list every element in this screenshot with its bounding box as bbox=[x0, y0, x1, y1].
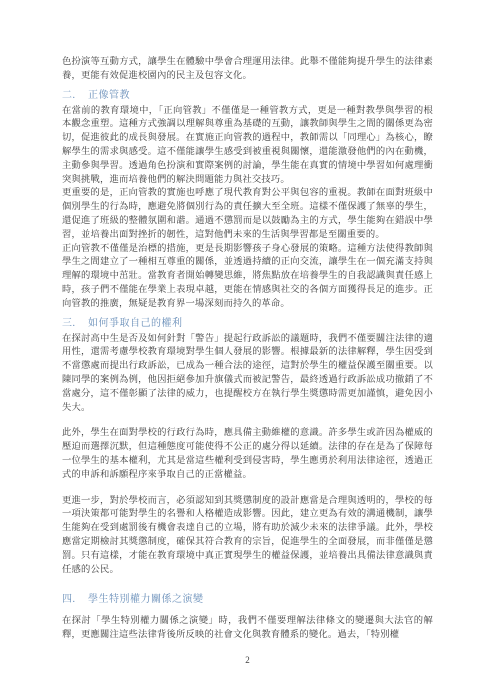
section-title: 如何爭取自己的權利 bbox=[88, 318, 183, 329]
section-heading-4: 四.學生特別權力關係之演變 bbox=[62, 593, 433, 606]
paragraph-intro-continuation: 色扮演等互動方式，讓學生在體驗中學會合理運用法律。此舉不僅能夠提升學生的法律素養… bbox=[62, 56, 433, 84]
section-number: 二. bbox=[62, 89, 88, 102]
section-title: 學生特別權力關係之演變 bbox=[88, 594, 204, 605]
section-number: 四. bbox=[62, 593, 88, 606]
paragraph: 更進一步，對於學校而言，必須認知到其獎懲制度的設計應當是合理與透明的，學校的每一… bbox=[62, 495, 433, 578]
paragraph: 在探討高中生是否及如何針對「警告」提起行政訴訟的議題時，我們不僅要關注法律的適用… bbox=[62, 333, 433, 416]
section-heading-2: 二.正像管教 bbox=[62, 89, 433, 102]
page-number: 2 bbox=[62, 655, 433, 665]
paragraph: 更重要的是，正向管教的實施也呼應了現代教育對公平與包容的重視。教師在面對班級中個… bbox=[62, 187, 433, 242]
paragraph: 正向管教不僅僅是治標的措施，更是長期影響孩子身心發展的策略。這種方法使得教師與學… bbox=[62, 243, 433, 312]
section-number: 三. bbox=[62, 317, 88, 330]
paragraph: 此外，學生在面對學校的行政行為時，應具備主動維權的意識。許多學生或許因為權威的壓… bbox=[62, 427, 433, 482]
document-page: 色扮演等互動方式，讓學生在體驗中學會合理運用法律。此舉不僅能夠提升學生的法律素養… bbox=[0, 0, 495, 700]
section-title: 正像管教 bbox=[88, 90, 130, 101]
paragraph: 在當前的教育環境中，「正向管教」不僅僅是一種管教方式，更是一種對教學與學習的根本… bbox=[62, 105, 433, 188]
section-heading-3: 三.如何爭取自己的權利 bbox=[62, 317, 433, 330]
paragraph: 在探討「學生特別權力關係之演變」時，我們不僅要理解法律條文的變遷與大法官的解釋，… bbox=[62, 615, 433, 643]
